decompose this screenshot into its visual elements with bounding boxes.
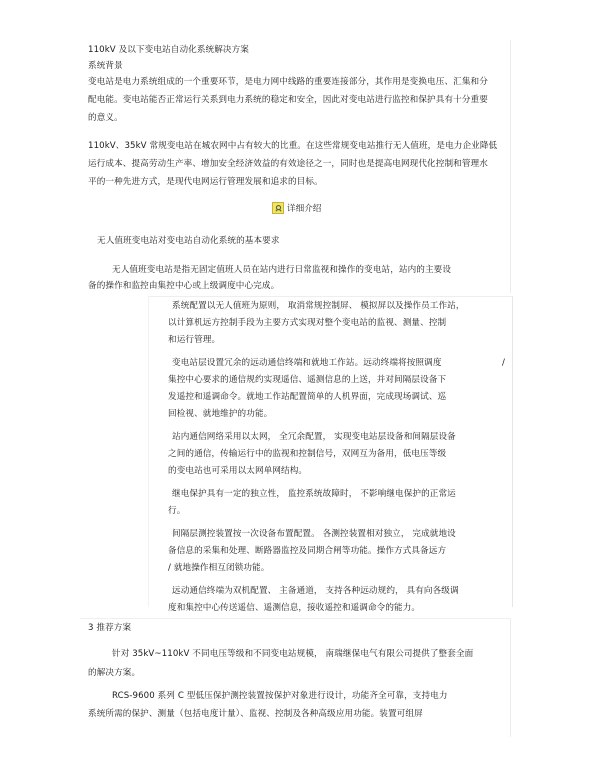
requirement-item-4-line1: 继电保护具有一定的独立性， 监控系统故障时， 不影响继电保护的正常运 <box>172 488 456 500</box>
recommend-para1-line1: 针对 35kV~110kV 不同电压等级和不同变电站规模， 南瑞继保电气有限公司… <box>112 648 473 660</box>
background-para1-line1: 变电站是电力系统组成的一个重要环节，是电力网中线路的重要连接部分，其作用是变换电… <box>88 76 488 88</box>
requirement-item-4-line2: 行。 <box>168 505 185 517</box>
requirement-item-2-line4: 回检视、就地维护的功能。 <box>168 408 272 420</box>
requirement-item-2-line3: 发遥控和遥调命令。就地工作站配置简单的人机界面，完成现场调试、巡 <box>168 391 446 403</box>
requirement-item-2-line2: 集控中心要求的通信规约实现遥信、遥测信息的上送，并对间隔层设备下 <box>168 374 446 386</box>
requirement-item-1-line1: 系统配置以无人值班为原则， 取消常规控制屏、 模拟屏以及操作员工作站， <box>172 300 465 312</box>
requirements-intro-line2: 备的操作和监控由集控中心或上级调度中心完成。 <box>88 280 279 292</box>
requirements-intro-line1: 无人值班变电站是指无固定值班人员在站内进行日常监视和操作的变电站，站内的主要设 <box>112 264 451 276</box>
requirement-item-6-line1: 远动通信终端为双机配置、 主备通道， 支持各种远动规约， 具有向各级调 <box>172 585 459 597</box>
section-heading-recommend: 3 推荐方案 <box>88 622 131 634</box>
recommend-para1-line2: 的解决方案。 <box>88 667 140 679</box>
background-para2-line1: 110kV、35kV 常规变电站在城农网中占有较大的比重。在这些常规变电站推行无… <box>88 140 497 152</box>
requirement-item-2-line1: 变电站层设置冗余的远动通信终端和就地工作站。远动终端将按照调度 <box>172 357 442 369</box>
detail-icon <box>272 202 284 214</box>
requirement-item-5-line3: / 就地操作相互闭锁功能。 <box>168 562 269 574</box>
requirement-item-3-line1: 站内通信网络采用以太网， 全冗余配置， 实现变电站层设备和间隔层设备 <box>172 431 456 443</box>
requirement-item-3-line3: 的变电站也可采用以太网单网结构。 <box>168 465 307 477</box>
section-heading-requirements: 无人值班变电站对变电站自动化系统的基本要求 <box>97 235 280 247</box>
background-para2-line2: 运行成本、提高劳动生产率、增加安全经济效益的有效途径之一，同时也是提高电网现代化… <box>88 158 488 170</box>
requirement-item-3-line2: 之间的通信，传输运行中的监视和控制信号，双网互为备用，低电压等级 <box>168 448 446 460</box>
requirement-item-1-line3: 和运行管理。 <box>168 334 220 346</box>
recommend-para2-line1: RCS-9600 系列 C 型低压保护测控装置按保护对象进行设计，功能齐全可靠，… <box>112 690 448 702</box>
section-heading-background: 系统背景 <box>88 60 123 72</box>
document-title: 110kV 及以下变电站自动化系统解决方案 <box>88 44 249 56</box>
background-para1-line2: 配电能。变电站能否正常运行关系到电力系统的稳定和安全，因此对变电站进行监控和保护… <box>88 94 488 106</box>
requirement-item-5-line1: 间隔层测控装置按一次设备布置配置。 各测控装置相对独立， 完成就地设 <box>172 528 456 540</box>
recommend-para2-line2: 系统所需的保护、测量（包括电度计量）、监视、控制及各种高级应用功能。装置可组屏 <box>88 708 423 720</box>
detail-intro-link[interactable]: 详细介绍 <box>272 202 321 214</box>
background-para1-line3: 的意义。 <box>88 112 123 124</box>
requirement-item-6-line2: 度和集控中心传送遥信、遥测信息，接收遥控和遥调命令的能力。 <box>168 602 420 614</box>
requirement-item-5-line2: 备信息的采集和处理、断路器监控及同期合闸等功能。操作方式具备远方 <box>168 545 446 557</box>
background-para2-line3: 平的一种先进方式，是现代电网运行管理发展和追求的目标。 <box>88 176 323 188</box>
document-page: 110kV 及以下变电站自动化系统解决方案 系统背景 变电站是电力系统组成的一个… <box>0 0 600 768</box>
requirement-item-2-slash: / <box>502 357 505 369</box>
requirement-item-1-line2: 以计算机远方控制手段为主要方式实现对整个变电站的监视、测量、控制 <box>168 317 446 329</box>
detail-intro-label: 详细介绍 <box>287 202 321 214</box>
